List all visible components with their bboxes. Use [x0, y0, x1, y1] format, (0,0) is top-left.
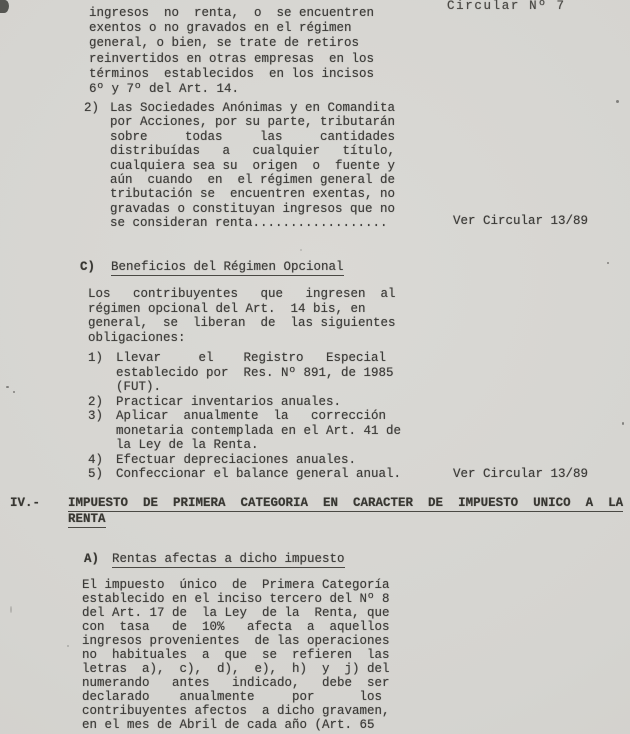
text-line: Aplicar anualmente la corrección — [116, 409, 401, 424]
text-line: Efectuar depreciaciones anuales. — [116, 453, 356, 468]
text-line: letras a), c), d), e), h) y j) del — [82, 662, 390, 676]
item-marker: 2) — [88, 395, 116, 410]
heading-text: RENTA — [68, 512, 106, 528]
scan-speck — [67, 645, 69, 647]
text-line: declarado anualmente por los — [82, 690, 390, 704]
text-line: establecido en el inciso tercero del Nº … — [82, 592, 390, 606]
section-a-heading: A) Rentas afectas a dicho impuesto — [84, 552, 345, 568]
text-line: del Art. 17 de la Ley de la Renta, que — [82, 606, 390, 620]
numbered-item-2: 2) Las Sociedades Anónimas y en Comandit… — [84, 101, 395, 231]
list-item: 1) Llevar el Registro Especial estableci… — [88, 351, 401, 395]
item-marker: 2) — [84, 101, 110, 115]
text-line: la Ley de la Renta. — [116, 438, 401, 453]
circular-reference: Ver Circular 13/89 — [453, 467, 588, 481]
text-line: tributación se encuentren exentas, no — [110, 187, 395, 201]
item-text: Aplicar anualmente la corrección monetar… — [116, 409, 401, 453]
section-iv-marker: IV.- — [10, 496, 40, 510]
text-line: El impuesto único de Primera Categoría — [82, 578, 390, 592]
text-line: ingresos no renta, o se encuentren — [89, 6, 374, 21]
heading-line: RENTA — [68, 512, 623, 528]
scan-speck — [622, 422, 624, 425]
text-line: exentos o no gravados en el régimen — [89, 21, 374, 36]
text-line: aún cuando en el régimen general de — [110, 173, 395, 187]
text-line: establecido por Res. Nº 891, de 1985 — [116, 366, 394, 381]
text-line: contribuyentes afectos a dicho gravamen, — [82, 704, 390, 718]
text-line: 6º y 7º del Art. 14. — [89, 82, 374, 97]
text-line: sobre todas las cantidades — [110, 130, 395, 144]
text-line: Las Sociedades Anónimas y en Comandita — [110, 101, 395, 115]
item-marker: 1) — [88, 351, 116, 366]
text-line: ingresos provenientes de las operaciones — [82, 634, 390, 648]
text-line: obligaciones: — [88, 331, 396, 346]
text-line: general, se liberan de las siguientes — [88, 316, 396, 331]
section-c-heading: C) Beneficios del Régimen Opcional — [80, 260, 344, 276]
section-a-paragraph: El impuesto único de Primera Categoría e… — [82, 578, 390, 732]
list-item: 2) Practicar inventarios anuales. — [88, 395, 401, 410]
section-iv-heading: IMPUESTO DE PRIMERA CATEGORIA EN CARACTE… — [68, 496, 623, 527]
item-marker: 4) — [88, 453, 116, 468]
item-text: Las Sociedades Anónimas y en Comandita p… — [110, 101, 395, 231]
scan-speck — [6, 386, 9, 388]
text-line: distribuídas a cualquier título, — [110, 144, 395, 158]
text-line: Llevar el Registro Especial — [116, 351, 394, 366]
item-text: Confeccionar el balance general anual. — [116, 467, 401, 482]
intro-paragraph: ingresos no renta, o se encuentren exent… — [89, 6, 374, 97]
section-c-paragraph: Los contribuyentes que ingresen al régim… — [88, 287, 396, 345]
item-text: Llevar el Registro Especial establecido … — [116, 351, 394, 395]
section-letter: A) — [84, 552, 112, 566]
text-line: con tasa de 10% afecta a aquellos — [82, 620, 390, 634]
text-line: Los contribuyentes que ingresen al — [88, 287, 396, 302]
section-letter: C) — [80, 260, 111, 274]
item-text: Practicar inventarios anuales. — [116, 395, 341, 410]
scan-speck — [607, 262, 609, 264]
item-marker: 3) — [88, 409, 116, 424]
list-item: 4) Efectuar depreciaciones anuales. — [88, 453, 401, 468]
text-line: régimen opcional del Art. 14 bis, en — [88, 302, 396, 317]
item-marker: 5) — [88, 467, 116, 482]
scan-speck — [13, 391, 15, 393]
section-title: Beneficios del Régimen Opcional — [111, 260, 344, 276]
scanned-document-page: Circular Nº 7 ingresos no renta, o se en… — [0, 0, 630, 734]
list-item: 5) Confeccionar el balance general anual… — [88, 467, 401, 482]
text-line: gravadas o constituyan ingresos que no — [110, 202, 395, 216]
circular-reference: Ver Circular 13/89 — [453, 214, 588, 228]
list-item: 3) Aplicar anualmente la corrección mone… — [88, 409, 401, 453]
text-line: se consideran renta.................. — [110, 216, 395, 230]
text-line: términos establecidos en los incisos — [89, 67, 374, 82]
text-line: por Acciones, por su parte, tributarán — [110, 115, 395, 129]
heading-line: IMPUESTO DE PRIMERA CATEGORIA EN CARACTE… — [68, 496, 623, 512]
heading-text: IMPUESTO DE PRIMERA CATEGORIA EN CARACTE… — [68, 496, 623, 512]
text-line: numerando antes indicado, debe ser — [82, 676, 390, 690]
text-line: cualquiera sea su origen o fuente y — [110, 159, 395, 173]
section-c-list: 1) Llevar el Registro Especial estableci… — [88, 351, 401, 482]
text-line: Practicar inventarios anuales. — [116, 395, 341, 410]
item-text: Efectuar depreciaciones anuales. — [116, 453, 356, 468]
page-header-circular: Circular Nº 7 — [447, 0, 566, 13]
scan-speck — [616, 100, 619, 103]
scan-corner-mark — [0, 0, 9, 13]
scan-speck — [300, 249, 302, 251]
text-line: reinvertidos en otras empresas en los — [89, 52, 374, 67]
text-line: Confeccionar el balance general anual. — [116, 467, 401, 482]
scan-speck — [10, 606, 12, 613]
text-line: no habituales a que se refieren las — [82, 648, 390, 662]
text-line: general, o bien, se trate de retiros — [89, 36, 374, 51]
section-title: Rentas afectas a dicho impuesto — [112, 552, 345, 568]
text-line: en el mes de Abril de cada año (Art. 65 — [82, 718, 390, 732]
text-line: monetaria contemplada en el Art. 41 de — [116, 424, 401, 439]
text-line: (FUT). — [116, 380, 394, 395]
